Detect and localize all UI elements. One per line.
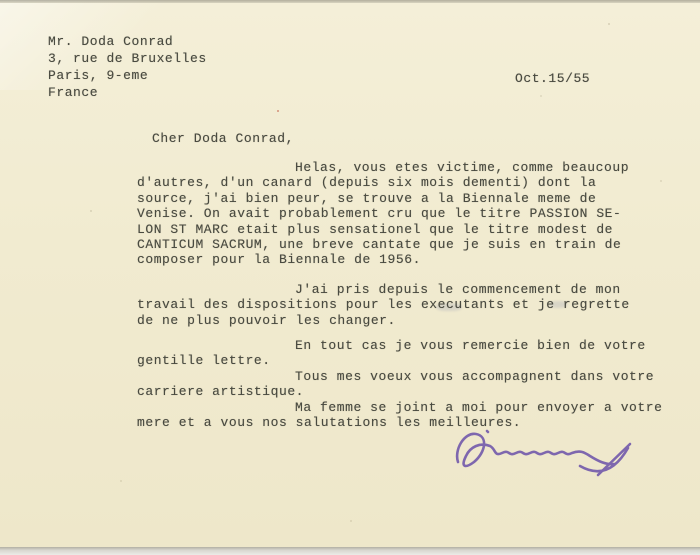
letter-line: gentille lettre.: [137, 353, 662, 368]
letter-line: source, j'ai bien peur, se trouve a la B…: [137, 191, 662, 206]
letter-line: Venise. On avait probablement cru que le…: [137, 206, 662, 221]
sender-address-line: Paris, 9-eme: [48, 67, 207, 84]
letter-line: travail des dispositions pour les execut…: [137, 297, 662, 312]
sender-address-line: France: [48, 84, 207, 101]
salutation: Cher Doda Conrad,: [152, 131, 294, 146]
sender-address-line: Mr. Doda Conrad: [48, 33, 207, 50]
letter-line: Ma femme se joint a moi pour envoyer a v…: [137, 400, 662, 415]
paper-bottom-edge: [0, 547, 700, 555]
paragraph: Helas, vous etes victime, comme beaucoup…: [137, 160, 662, 268]
letter-line: LON ST MARC etait plus sensationel que l…: [137, 222, 662, 237]
letter-line: Tous mes voeux vous accompagnent dans vo…: [137, 369, 662, 384]
letter-line: CANTICUM SACRUM, une breve cantate que j…: [137, 237, 662, 252]
sender-address-block: Mr. Doda Conrad3, rue de BruxellesParis,…: [48, 33, 207, 101]
paper-speckles: [277, 110, 279, 112]
letter-body: Helas, vous etes victime, comme beaucoup…: [137, 160, 662, 431]
letter-line: composer pour la Biennale de 1956.: [137, 252, 662, 267]
letter-line: d'autres, d'un canard (depuis six mois d…: [137, 175, 662, 190]
letter-line: En tout cas je vous remercie bien de vot…: [137, 338, 662, 353]
paragraph: En tout cas je vous remercie bien de vot…: [137, 338, 662, 430]
letter-line: J'ai pris depuis le commencement de mon: [137, 282, 662, 297]
sender-address-line: 3, rue de Bruxelles: [48, 50, 207, 67]
letter-line: Helas, vous etes victime, comme beaucoup: [137, 160, 662, 175]
letter-page: Mr. Doda Conrad3, rue de BruxellesParis,…: [0, 0, 700, 547]
letter-line: de ne plus pouvoir les changer.: [137, 313, 662, 328]
paragraph: J'ai pris depuis le commencement de mont…: [137, 282, 662, 328]
signature-block: [450, 422, 635, 482]
signature-handwriting-icon: [450, 422, 635, 480]
letter-line: carriere artistique.: [137, 384, 662, 399]
paper-top-edge: [0, 0, 700, 3]
letter-date: Oct.15/55: [515, 71, 590, 86]
